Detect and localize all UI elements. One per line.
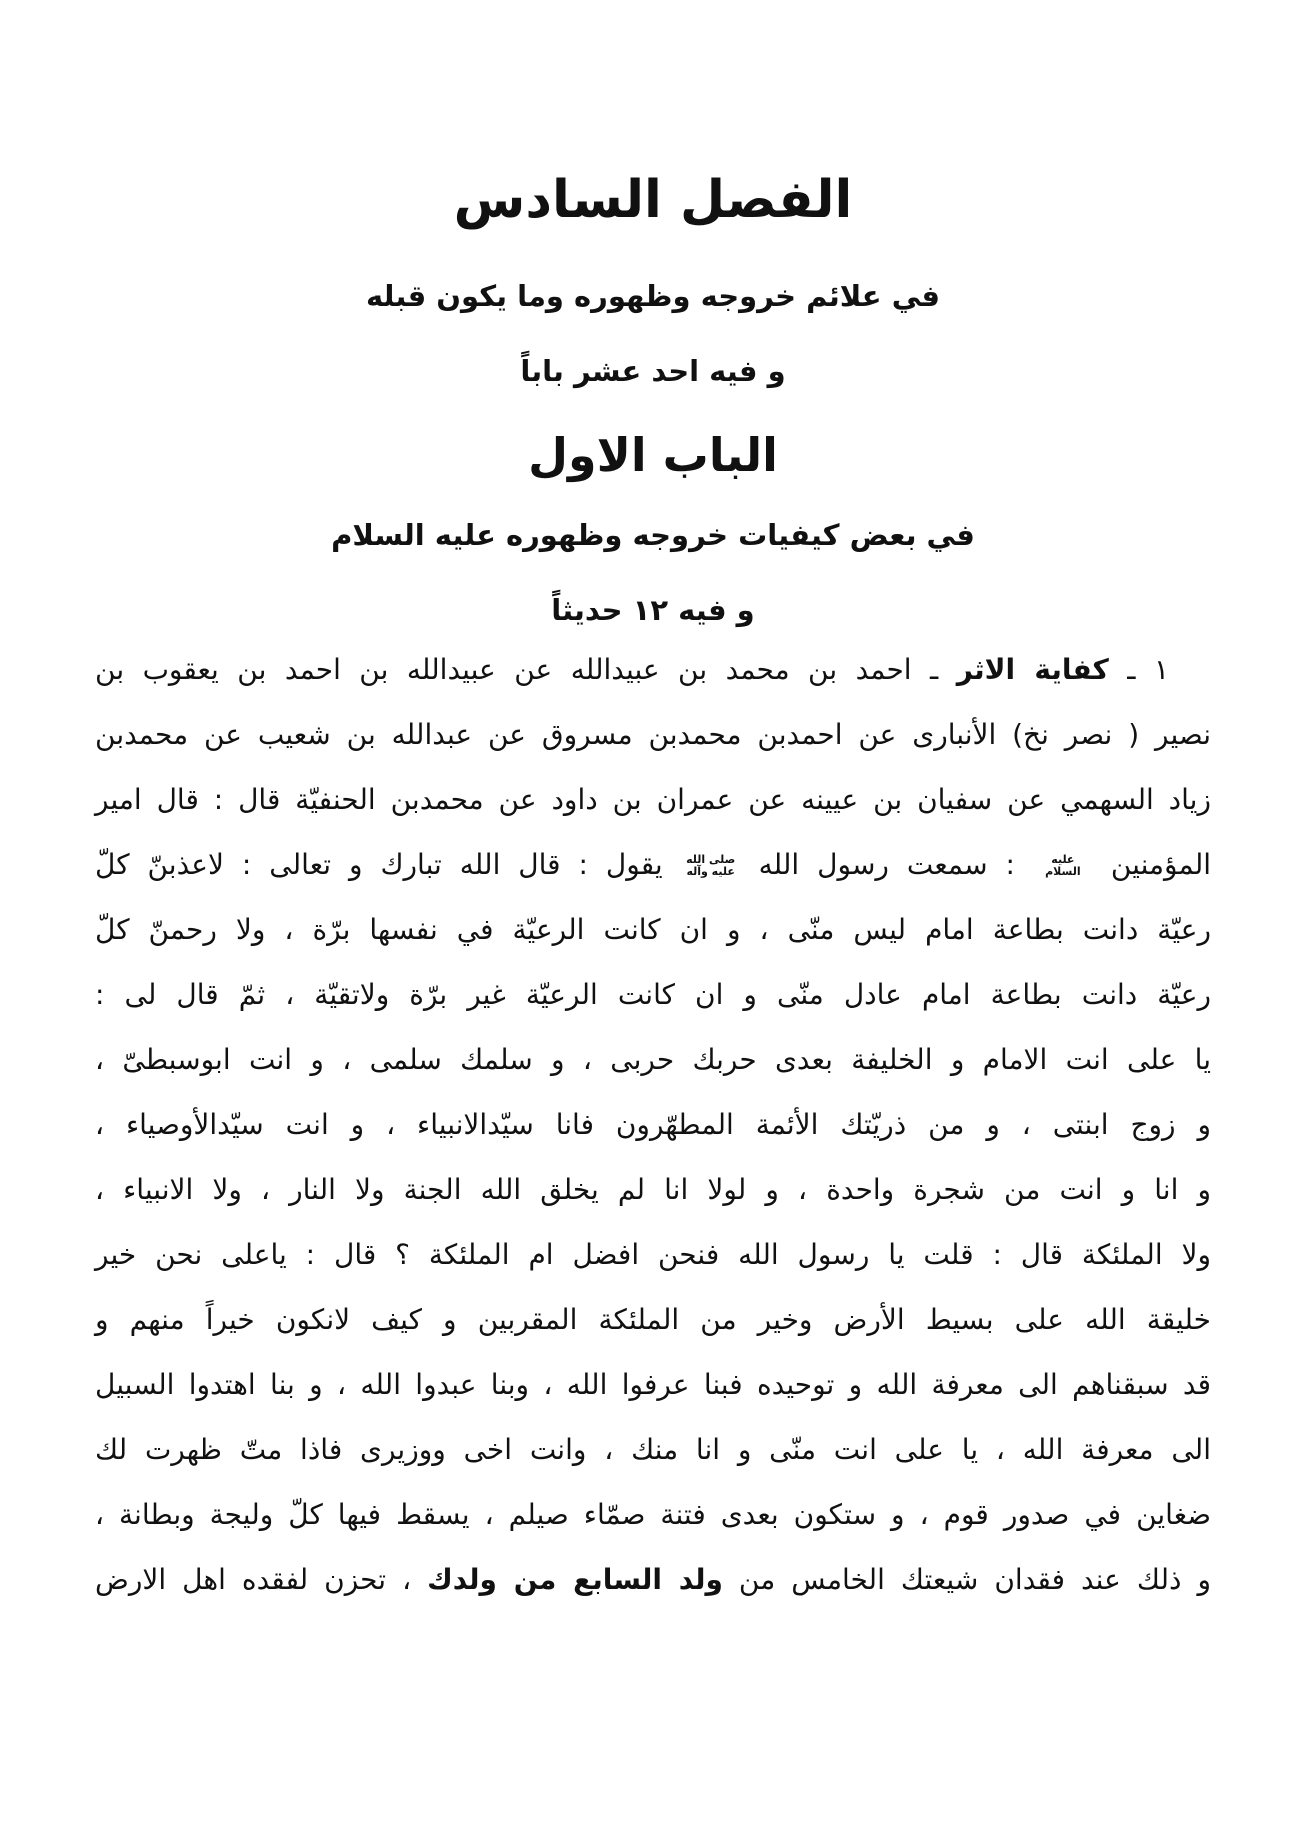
honorific-stamp-alayhissalam: عليه السلام xyxy=(1035,854,1091,878)
line-text: ـ احمد بن محمد بن عبيدالله عن عبيدالله ب… xyxy=(95,653,957,686)
line-text: : سمعت رسول الله xyxy=(741,848,1033,881)
hadith-line-6: رعيّة دانت بطاعة امام عادل منّى و ان كان… xyxy=(95,962,1211,1027)
section-count: و فيه ١٢ حديثاً xyxy=(0,592,1306,630)
hadith-line-12: قد سبقناهم الى معرفة الله و توحيده فبنا … xyxy=(95,1352,1211,1417)
honorific-stamp-salawat: صلى الله عليه وآله xyxy=(683,854,739,878)
hadith-line-14: ضغاين في صدور قوم ، و ستكون بعدى فتنة صم… xyxy=(95,1482,1211,1547)
line-text: يقول : قال الله تبارك و تعالى : لاعذبنّ … xyxy=(95,848,681,881)
line-text: المؤمنين xyxy=(1093,848,1211,881)
section-title: الباب الاول xyxy=(0,427,1306,485)
hadith-line-13: الى معرفة الله ، يا على انت منّى و انا م… xyxy=(95,1417,1211,1482)
hadith-line-9: و انا و انت من شجرة واحدة ، و لولا انا ل… xyxy=(95,1157,1211,1222)
section-subtitle: في بعض كيفيات خروجه وظهوره عليه السلام xyxy=(0,517,1306,555)
hadith-paragraph: ١ ـ كفاية الاثر ـ احمد بن محمد بن عبيدال… xyxy=(95,637,1211,1612)
chapter-count: و فيه احد عشر باباً xyxy=(0,353,1306,391)
line-text: ، تحزن لفقده اهل الارض xyxy=(95,1563,427,1596)
emphasized-text: ولد السابع من ولدك xyxy=(427,1563,723,1596)
line-text: و ذلك عند فقدان شيعتك الخامس من xyxy=(723,1563,1211,1596)
book-page: الفصل السادس في علائم خروجه وظهوره وما ي… xyxy=(0,0,1306,1835)
hadith-line-11: خليقة الله على بسيط الأرض وخير من الملئك… xyxy=(95,1287,1211,1352)
hadith-line-7: يا على انت الامام و الخليفة بعدى حربك حر… xyxy=(95,1027,1211,1092)
hadith-line-10: ولا الملئكة قال : قلت يا رسول الله فنحن … xyxy=(95,1222,1211,1287)
hadith-line-3: زياد السهمي عن سفيان بن عيينه عن عمران ب… xyxy=(95,767,1211,832)
page-headings: الفصل السادس في علائم خروجه وظهوره وما ي… xyxy=(0,168,1306,629)
hadith-line-2: نصير ( نصر نخ) الأنبارى عن احمدبن محمدبن… xyxy=(95,702,1211,767)
hadith-line-1: ١ ـ كفاية الاثر ـ احمد بن محمد بن عبيدال… xyxy=(95,637,1211,702)
hadith-number: ١ ـ xyxy=(1109,653,1169,686)
hadith-line-8: و زوج ابنتى ، و من ذريّتك الأئمة المطهّر… xyxy=(95,1092,1211,1157)
chapter-subtitle: في علائم خروجه وظهوره وما يكون قبله xyxy=(0,278,1306,316)
hadith-line-4: المؤمنين عليه السلام : سمعت رسول الله صل… xyxy=(95,832,1211,897)
chapter-title: الفصل السادس xyxy=(0,168,1306,233)
hadith-line-5: رعيّة دانت بطاعة امام ليس منّى ، و ان كا… xyxy=(95,897,1211,962)
source-title: كفاية الاثر xyxy=(957,653,1109,686)
hadith-line-15: و ذلك عند فقدان شيعتك الخامس من ولد السا… xyxy=(95,1547,1211,1612)
